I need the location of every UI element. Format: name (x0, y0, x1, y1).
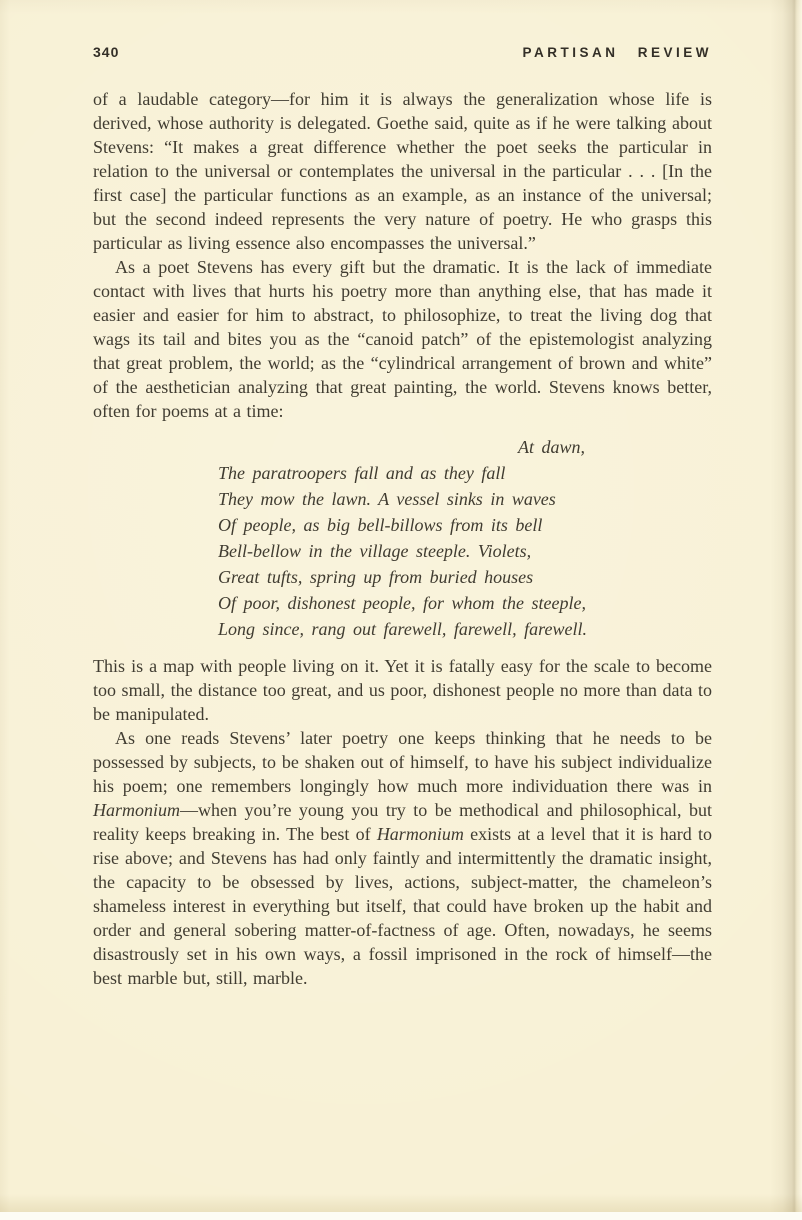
poem-line: Of people, as big bell-billows from its … (218, 512, 712, 538)
poem-quotation: At dawn, The paratroopers fall and as th… (218, 434, 712, 642)
journal-title: PARTISAN REVIEW (522, 45, 712, 60)
paragraph-harmonium: As one reads Stevens’ later poetry one k… (93, 726, 712, 990)
paragraph-stevens-gift: As a poet Stevens has every gift but the… (93, 255, 712, 423)
page-edge-shadow (770, 0, 802, 1220)
book-page: 340 PARTISAN REVIEW of a laudable catego… (0, 0, 802, 1220)
poem-line: The paratroopers fall and as they fall (218, 460, 712, 486)
poem-line: Great tufts, spring up from buried house… (218, 564, 712, 590)
paragraph-map: This is a map with people living on it. … (93, 654, 712, 726)
text-column: of a laudable category—for him it is alw… (93, 87, 712, 990)
page-number: 340 (93, 44, 119, 60)
poem-lines: The paratroopers fall and as they fallTh… (218, 460, 712, 642)
scan-bottom-strip (0, 1212, 802, 1220)
poem-line: Of poor, dishonest people, for whom the … (218, 590, 712, 616)
poem-line: They mow the lawn. A vessel sinks in wav… (218, 486, 712, 512)
poem-line: Bell-bellow in the village steeple. Viol… (218, 538, 712, 564)
page-bottom-edge (0, 1194, 802, 1212)
poem-opening-phrase: At dawn, (518, 434, 712, 460)
paragraph-continuation: of a laudable category—for him it is alw… (93, 87, 712, 255)
poem-line: Long since, rang out farewell, farewell,… (218, 616, 712, 642)
running-head: 340 PARTISAN REVIEW (93, 44, 712, 60)
